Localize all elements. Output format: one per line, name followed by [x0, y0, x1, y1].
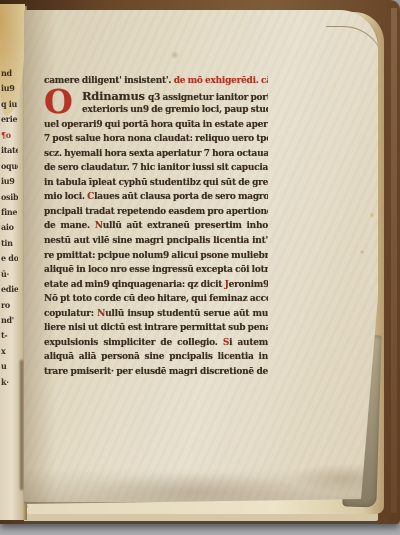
corner-crease-line: [326, 26, 385, 101]
gutter-crease-shadow: [20, 360, 23, 490]
text-line: exterioris un9 de gremio loci, paup stud…: [44, 103, 268, 118]
gutter-fragment: edie: [1, 282, 18, 297]
text-segment: copulatur:: [44, 309, 97, 319]
text-line: Rdinamus q3 assignetur ianitor porte: [44, 89, 268, 104]
text-line: pncipali tradat repetendo easdem pro ape…: [44, 205, 268, 220]
text-segment: ullū aūt extraneū presertim inho: [103, 221, 268, 231]
text-segment: aliquē in loco nro esse ingressū excepta…: [44, 265, 268, 275]
text-segment: liere nisi ut dictū est intrare permitta…: [44, 323, 268, 333]
text-segment: i autem: [229, 338, 268, 348]
gutter-fragment: osibz: [1, 190, 18, 205]
text-line: liere nisi ut dictū est intrare permitta…: [44, 321, 268, 336]
text-segment: camere diligent' insistent'.: [44, 76, 174, 86]
text-line: copulatur: Nullū insup studentū serue aū…: [44, 307, 268, 322]
leather-sheen: [391, 8, 397, 513]
gutter-fragment: x: [1, 344, 18, 359]
gutter-fragment: iu9: [1, 81, 18, 96]
text-segment: exterioris un9 de gremio loci, paup stud…: [82, 105, 268, 115]
gutter-fragment: nd: [1, 66, 18, 81]
text-line: 7 post salue hora nona claudat: reliquo …: [44, 132, 268, 147]
gutter-fragment: ¶o: [1, 128, 18, 143]
text-segment: uel operari9 qui portā hora quīta in est…: [44, 120, 268, 130]
text-segment: expulsionis simpliciter de collegio.: [44, 338, 223, 348]
text-line: expulsionis simpliciter de collegio. Si …: [44, 336, 268, 351]
text-line: camere diligent' insistent'. de mō exhig…: [44, 74, 268, 89]
manuscript-photo: ndiu9q iuerie¶oitateoquoiu9osibzfineaiot…: [0, 0, 400, 535]
gutter-fragment: ū·: [1, 267, 18, 282]
text-line: mio loci. Claues aūt clausa porta de ser…: [44, 190, 268, 205]
text-segment: in tabula īpleat cyphū studentibz qui sū…: [44, 178, 268, 188]
text-segment: de mō exhigerēdi. cāp. 2.: [174, 76, 268, 86]
text-line: de mane. Nullū aūt extraneū presertim in…: [44, 219, 268, 234]
gutter-fragment: oquo: [1, 159, 18, 174]
text-segment: trare pmiserit· per eiusdē magri discret…: [44, 367, 268, 377]
text-segment: Rdinamus: [82, 89, 148, 103]
text-line: Nō pt toto corde cū deo hitare, qui femi…: [44, 292, 268, 307]
text-segment: de mane.: [44, 221, 95, 231]
text-segment: de sero claudatur. 7 hic ianitor iussi s…: [44, 163, 268, 173]
gutter-fragment: iu9: [1, 174, 18, 189]
text-segment: etate ad min9 qinquagenaria: qz dicit: [44, 280, 225, 290]
text-segment: laues aūt clausa porta de sero magro: [94, 192, 268, 202]
gutter-fragment: ro: [1, 298, 18, 313]
gutter-fragment: t-: [1, 328, 18, 343]
text-line: in tabula īpleat cyphū studentibz qui sū…: [44, 176, 268, 191]
gutter-fragment: q iu: [1, 97, 18, 112]
text-line: de sero claudatur. 7 hic ianitor iussi s…: [44, 161, 268, 176]
gutter-fragment: u: [1, 359, 18, 374]
text-segment: nestū aut vilē sine magri pncipalis lice…: [44, 236, 268, 246]
gutter-fragment: tin: [1, 236, 18, 251]
gutter-fragment: fine: [1, 205, 18, 220]
gutter-fragment: itate: [1, 143, 18, 158]
text-line: re pmittat: pcipue nolum9 alicui psone m…: [44, 249, 268, 264]
text-line: trare pmiserit· per eiusdē magri discret…: [44, 365, 268, 380]
text-segment: re pmittat: pcipue nolum9 alicui psone m…: [44, 251, 268, 261]
gutter-fragment: erie: [1, 112, 18, 127]
text-segment: eronim9: [229, 280, 268, 290]
facing-page-text-fragments: ndiu9q iuerie¶oitateoquoiu9osibzfineaiot…: [1, 66, 18, 390]
text-segment: pncipali tradat repetendo easdem pro ape…: [44, 207, 268, 217]
gutter-fragment: k·: [1, 375, 18, 390]
text-segment: mio loci.: [44, 192, 87, 202]
text-line: aliquē in loco nro esse ingressū excepta…: [44, 263, 268, 278]
gutter-fragment: e do: [1, 251, 18, 266]
gutter-fragment: aio: [1, 220, 18, 235]
text-segment: N: [97, 309, 105, 319]
text-segment: Nō pt toto corde cū deo hitare, qui femi…: [44, 294, 268, 304]
text-line: uel operari9 qui portā hora quīta in est…: [44, 118, 268, 133]
text-segment: N: [95, 221, 103, 231]
text-segment: 7 post salue hora nona claudat: reliquo …: [44, 134, 268, 144]
text-segment: ullū insup studentū serue aūt mu: [105, 309, 268, 319]
text-line: aliquā aliā personā sine pncipalis licen…: [44, 350, 268, 365]
text-segment: scz. hyemali hora sexta aperiatur 7 hora…: [44, 149, 268, 159]
text-segment: q3 assignetur ianitor porte: [148, 93, 268, 103]
gutter-fragment: nd': [1, 313, 18, 328]
text-segment: aliquā aliā personā sine pncipalis licen…: [44, 352, 268, 362]
text-block: camere diligent' insistent'. de mō exhig…: [44, 74, 268, 379]
text-line: nestū aut vilē sine magri pncipalis lice…: [44, 234, 268, 249]
text-line: scz. hyemali hora sexta aperiatur 7 hora…: [44, 147, 268, 162]
text-line: etate ad min9 qinquagenaria: qz dicit Je…: [44, 278, 268, 293]
